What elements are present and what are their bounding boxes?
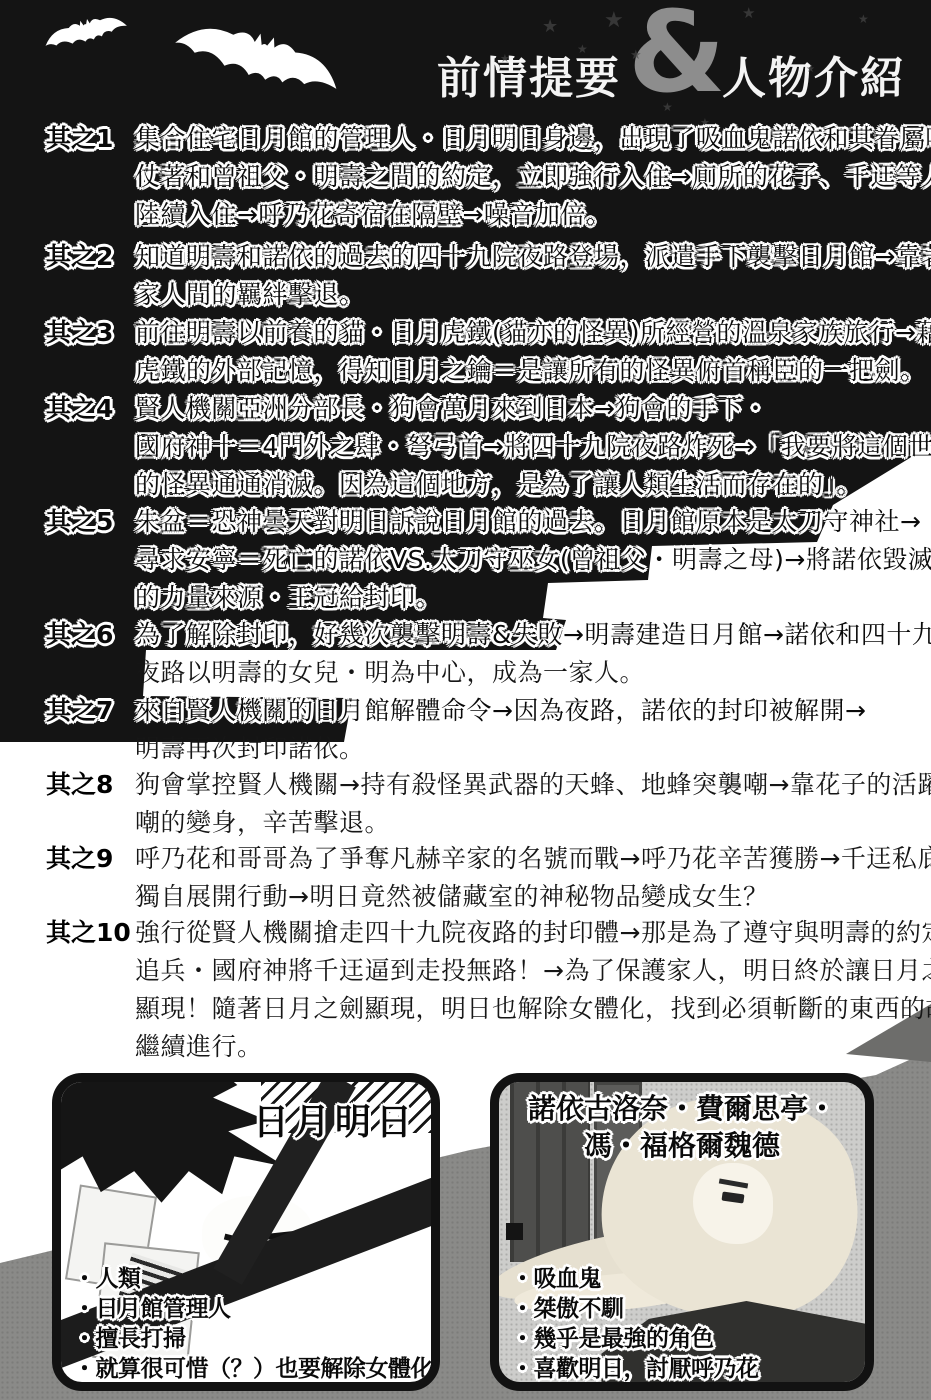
recap-line: 的怪異通通消滅。因為這個地方，是為了讓人類生活而存在的」。 [135,466,915,504]
recap-line: 尋求安寧＝死亡的諾依VS.太刀守巫女(曾祖父・明壽之母)→將諾依毀滅星球 [135,541,915,579]
recap-item-label: 其之2 [46,238,132,276]
recap-line: 來自賢人機關的日月館解體命令→因為夜路，諾依的封印被解開→ [135,692,915,730]
character-face [693,1163,774,1244]
star-icon: ★ [500,52,510,65]
recap-line: 繼續進行。 [135,1028,915,1066]
recap-item-text: 朱盆＝恐神曇天對明日訴說日月館的過去。日月館原本是太刀守神社→尋求安寧＝死亡的諾… [135,503,915,617]
star-icon: ★ [858,12,869,26]
character-name-line: 馮・福格爾魏德 [499,1127,865,1164]
recap-item-text: 強行從賢人機關搶走四十九院夜路的封印體→那是為了遵守與明壽的約定→追兵・國府神將… [135,914,915,1066]
character-name-noi: 諾依古洛奈・費爾思亭・馮・福格爾魏德 [499,1090,865,1164]
title-recap: 前情提要 [437,42,621,106]
trait-line: ・就算很可惜（？）也要解除女體化 [73,1354,433,1384]
recap-line: 嘲的變身，辛苦擊退。 [135,804,915,842]
recap-line: 虎鐵的外部記憶，得知日月之鑰＝是讓所有的怪異俯首稱臣的一把劍。 [135,352,915,390]
recap-item-label: 其之8 [46,766,132,804]
star-icon: ★ [806,64,815,75]
recap-line: 前往明壽以前養的貓・日月虎鐵(貓亦的怪異)所經營的溫泉家族旅行→藉由 [135,314,915,352]
recap-line: 明壽再次封印諾依。 [135,730,915,768]
recap-item-text: 賢人機關亞洲分部長・狗會萬月來到日本→狗會的手下・國府神十＝4門外之肆・弩弓首→… [135,390,915,504]
page-title: ★ ★ ★ ★ ★ ★ ★ ★ ★ ★ 前情提要 & 人物介紹 [0,0,931,130]
recap-line: 夜路以明壽的女兒・明為中心，成為一家人。 [135,654,915,692]
recap-item-text: 前往明壽以前養的貓・日月虎鐵(貓亦的怪異)所經營的溫泉家族旅行→藉由虎鐵的外部記… [135,314,915,390]
recap-item-label: 其之7 [46,692,132,730]
recap-item-text: 為了解除封印，好幾次襲擊明壽&失敗→明壽建造日月館→諾依和四十九院夜路以明壽的女… [135,616,915,692]
trait-line: ・喜歡明日，討厭呼乃花 [511,1354,759,1384]
trait-line: ・人類 [73,1264,433,1294]
recap-line: 仗著和曾祖父・明壽之間的約定，立即強行入住→廁所的花子、千迋等人 [135,158,915,196]
recap-line: 顯現！隨著日月之劍顯現，明日也解除女體化，找到必須斬斷的東西的故事 [135,990,915,1028]
recap-item-text: 來自賢人機關的日月館解體命令→因為夜路，諾依的封印被解開→明壽再次封印諾依。 [135,692,915,768]
character-name-asu: 日月明日 [253,1094,417,1145]
recap-line: 獨自展開行動→明日竟然被儲藏室的神秘物品變成女生？ [135,878,915,916]
recap-item-text: 狗會掌控賢人機關→持有殺怪異武器的天蜂、地蜂突襲嘲→靠花子的活躍&嘲的變身，辛苦… [135,766,915,842]
recap-item-label: 其之4 [46,390,132,428]
recap-item-label: 其之5 [46,503,132,541]
trait-line: ・吸血鬼 [511,1264,759,1294]
recap-line: 狗會掌控賢人機關→持有殺怪異武器的天蜂、地蜂突襲嘲→靠花子的活躍& [135,766,915,804]
title-ampersand: & [628,0,726,118]
recap-line: 強行從賢人機關搶走四十九院夜路的封印體→那是為了遵守與明壽的約定→ [135,914,915,952]
background-square [506,1223,523,1240]
recap-item-label: 其之3 [46,314,132,352]
recap-item-text: 集合住宅日月館的管理人・日月明日身邊，出現了吸血鬼諾依和其眷屬嘲。仗著和曾祖父・… [135,120,915,234]
recap-item-label: 其之10 [46,914,132,952]
star-icon: ★ [604,8,624,33]
trait-line: ・桀傲不馴 [511,1294,759,1324]
character-panel-asu: 日月明日 ・人類・日月館管理人・擅長打掃・就算很可惜（？）也要解除女體化 [52,1073,440,1391]
recap-line: 陸續入住→呼乃花寄宿在隔壁→噪音加倍。 [135,196,915,234]
star-icon: ★ [662,100,673,114]
star-icon: ★ [577,42,588,56]
recap-item-label: 其之1 [46,120,132,158]
recap-item-label: 其之9 [46,840,132,878]
recap-line: 家人間的羈絆擊退。 [135,276,915,314]
recap-line: 國府神十＝4門外之肆・弩弓首→將四十九院夜路炸死→「我要將這個世界 [135,428,915,466]
star-icon: ★ [742,4,755,22]
star-icon: ★ [630,48,642,63]
recap-line: 知道明壽和諾依的過去的四十九院夜路登場，派遣手下襲擊日月館→靠著 [135,238,915,276]
character-traits-noi: ・吸血鬼・桀傲不馴・幾乎是最強的角色・喜歡明日，討厭呼乃花 [511,1264,759,1384]
character-name-line: 諾依古洛奈・費爾思亭・ [499,1090,865,1127]
star-icon: ★ [542,16,558,37]
recap-line: 集合住宅日月館的管理人・日月明日身邊，出現了吸血鬼諾依和其眷屬嘲。 [135,120,915,158]
recap-line: 追兵・國府神將千迋逼到走投無路！→為了保護家人，明日終於讓日月之劍 [135,952,915,990]
character-panel-noi: 諾依古洛奈・費爾思亭・馮・福格爾魏德 ・吸血鬼・桀傲不馴・幾乎是最強的角色・喜歡… [490,1073,874,1391]
recap-line: 的力量來源・王冠給封印。 [135,579,915,617]
recap-item-text: 呼乃花和哥哥為了爭奪凡赫辛家的名號而戰→呼乃花辛苦獲勝→千迋私底下獨自展開行動→… [135,840,915,916]
trait-line: ・幾乎是最強的角色 [511,1324,759,1354]
recap-item-text: 知道明壽和諾依的過去的四十九院夜路登場，派遣手下襲擊日月館→靠著家人間的羈絆擊退… [135,238,915,314]
trait-line: ・擅長打掃 [73,1324,433,1354]
character-traits-asu: ・人類・日月館管理人・擅長打掃・就算很可惜（？）也要解除女體化 [73,1264,433,1384]
recap-item-label: 其之6 [46,616,132,654]
recap-line: 朱盆＝恐神曇天對明日訴說日月館的過去。日月館原本是太刀守神社→ [135,503,915,541]
trait-line: ・日月館管理人 [73,1294,433,1324]
recap-line: 為了解除封印，好幾次襲擊明壽&失敗→明壽建造日月館→諾依和四十九院 [135,616,915,654]
recap-line: 呼乃花和哥哥為了爭奪凡赫辛家的名號而戰→呼乃花辛苦獲勝→千迋私底下 [135,840,915,878]
recap-line: 賢人機關亞洲分部長・狗會萬月來到日本→狗會的手下・ [135,390,915,428]
